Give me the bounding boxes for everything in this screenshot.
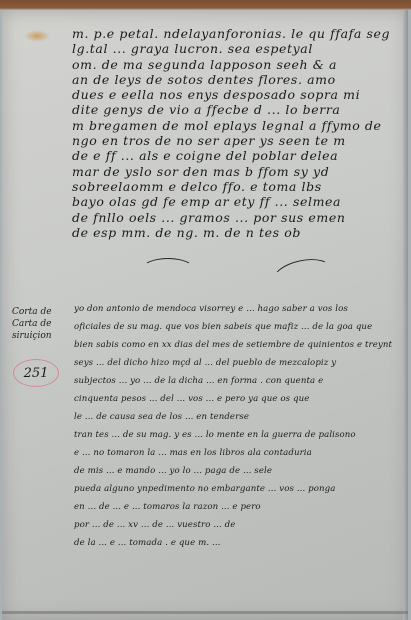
- folio-number-circle: 251: [13, 359, 59, 387]
- manuscript-line: dues e eella nos enys desposado sopra mi: [72, 87, 392, 102]
- photo-frame: m. p.e petal. ndelayanforonias. le qu ff…: [0, 0, 411, 620]
- manuscript-line: sobreelaomm e delco ffo. e toma lbs: [72, 179, 392, 194]
- margin-note: Corta de Carta de siruiçion: [12, 306, 68, 342]
- manuscript-line: m bregamen de mol eplays legnal a ffymo …: [72, 118, 392, 133]
- manuscript-line: tran tes ... de su mag. y es ... lo ment…: [74, 426, 392, 444]
- manuscript-line: por ... de ... xv ... de ... vuestro ...…: [74, 516, 392, 534]
- paper-stain: [24, 30, 50, 42]
- manuscript-page: m. p.e petal. ndelayanforonias. le qu ff…: [2, 10, 408, 620]
- manuscript-line: oficiales de su mag. que vos bien sabeis…: [74, 318, 392, 336]
- margin-note-line: Corta de: [12, 306, 68, 318]
- page-edge-right: [403, 10, 408, 620]
- manuscript-line: om. de ma segunda lapposon seeh & a: [72, 57, 392, 72]
- bottom-text-block: yo don antonio de mendoca visorrey e ...…: [74, 300, 392, 552]
- manuscript-line: de la ... e ... tomada . e que m. ...: [74, 534, 392, 552]
- margin-note-line: Carta de: [12, 318, 68, 330]
- manuscript-line: de mis ... e mando ... yo lo ... paga de…: [74, 462, 392, 480]
- top-text-block: m. p.e petal. ndelayanforonias. le qu ff…: [72, 26, 392, 240]
- folio-number: 251: [24, 366, 49, 381]
- manuscript-line: e ... no tomaron la ... mas en los libro…: [74, 444, 392, 462]
- manuscript-line: ngo en tros de no ser aper ys seen te m: [72, 133, 392, 148]
- manuscript-line: seys ... del dicho hizo mçd al ... del p…: [74, 354, 392, 372]
- manuscript-line: de esp mm. de ng. m. de n tes ob: [72, 225, 392, 240]
- manuscript-line: de fnllo oels ... gramos ... por sus eme…: [72, 210, 392, 225]
- page-edge-bottom: [2, 611, 408, 614]
- manuscript-line: yo don antonio de mendoca visorrey e ...…: [74, 300, 392, 318]
- manuscript-line: an de leys de sotos dentes flores. amo: [72, 72, 392, 87]
- ink-flourish: [142, 258, 194, 280]
- manuscript-line: dite genys de vio a ffecbe d ... lo berr…: [72, 102, 392, 117]
- manuscript-line: pueda alguno ynpedimento no embargante .…: [74, 480, 392, 498]
- manuscript-line: de e ff ... als e coigne del poblar dele…: [72, 148, 392, 163]
- manuscript-line: le ... de causa sea de los ... en tender…: [74, 408, 392, 426]
- manuscript-line: lg.tal ... graya lucron. sea espetyal: [72, 41, 392, 56]
- manuscript-line: subjectos ... yo ... de la dicha ... en …: [74, 372, 392, 390]
- ink-flourish: [269, 254, 336, 298]
- manuscript-line: bien sabis como en xx dias del mes de se…: [74, 336, 392, 354]
- manuscript-line: bayo olas gd fe emp ar ety ff ... selmea: [72, 194, 392, 209]
- manuscript-line: mar de yslo sor den mas b ffom sy yd: [72, 164, 392, 179]
- manuscript-line: m. p.e petal. ndelayanforonias. le qu ff…: [72, 26, 392, 41]
- manuscript-line: cinquenta pesos ... del ... vos ... e pe…: [74, 390, 392, 408]
- manuscript-line: en ... de ... e ... tomaros la razon ...…: [74, 498, 392, 516]
- margin-note-line: siruiçion: [12, 330, 68, 342]
